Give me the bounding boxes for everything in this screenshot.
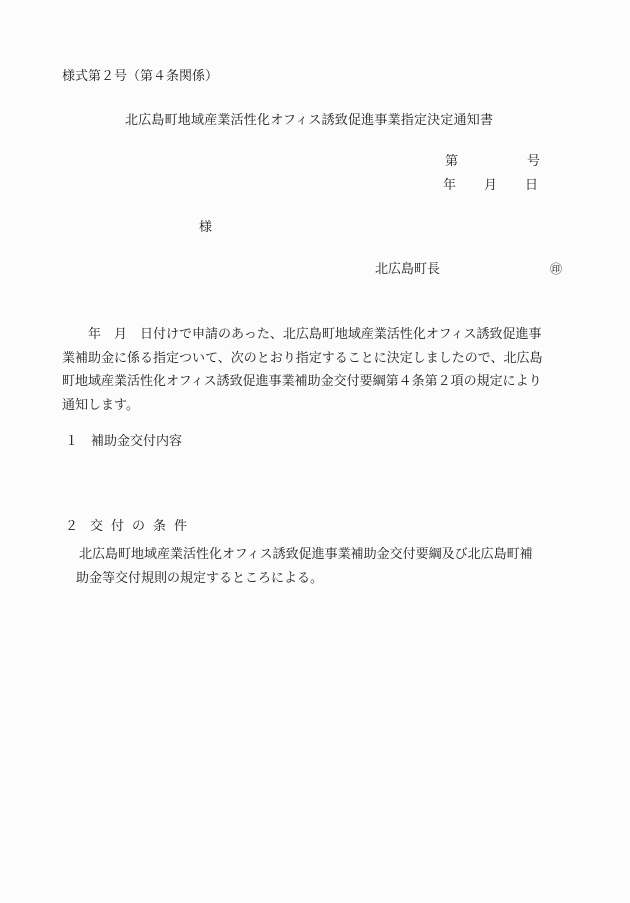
issuer-name: 北広島町長 <box>375 263 440 276</box>
body-line: 業補助金に係る指定ついて、次のとおり指定することに決定しましたので、北広島 <box>62 347 582 371</box>
document-number-suffix: 号 <box>527 155 540 168</box>
body-line: 町地域産業活性化オフィス誘致促進事業補助金交付要綱第４条第２項の規定により <box>62 370 582 394</box>
date-day-label: 日 <box>525 179 538 192</box>
body-paragraph: 年 月 日付けで申請のあった、北広島町地域産業活性化オフィス誘致促進事 業補助金… <box>62 323 582 417</box>
section-1-number: １ <box>65 435 78 448</box>
section-1-title: 補助金交付内容 <box>91 435 182 448</box>
section-2-number: ２ <box>65 520 78 533</box>
document-number-prefix: 第 <box>445 155 458 168</box>
document-title: 北広島町地域産業活性化オフィス誘致促進事業指定決定通知書 <box>125 114 493 127</box>
body-line: 通知します。 <box>62 394 582 418</box>
date-year-label: 年 <box>443 179 456 192</box>
addressee-honorific: 様 <box>199 221 212 234</box>
section-2-line: 助金等交付規則の規定するところによる。 <box>66 567 586 591</box>
date-month-label: 月 <box>484 179 497 192</box>
section-2-line: 北広島町地域産業活性化オフィス誘致促進事業補助金交付要綱及び北広島町補 <box>66 543 586 567</box>
form-label: 様式第２号（第４条関係） <box>62 70 218 83</box>
section-2-title: 交付の条件 <box>90 520 195 533</box>
seal-icon: ㊞ <box>550 263 562 275</box>
section-2-content: 北広島町地域産業活性化オフィス誘致促進事業補助金交付要綱及び北広島町補 助金等交… <box>66 543 586 590</box>
body-line: 年 月 日付けで申請のあった、北広島町地域産業活性化オフィス誘致促進事 <box>62 323 582 347</box>
